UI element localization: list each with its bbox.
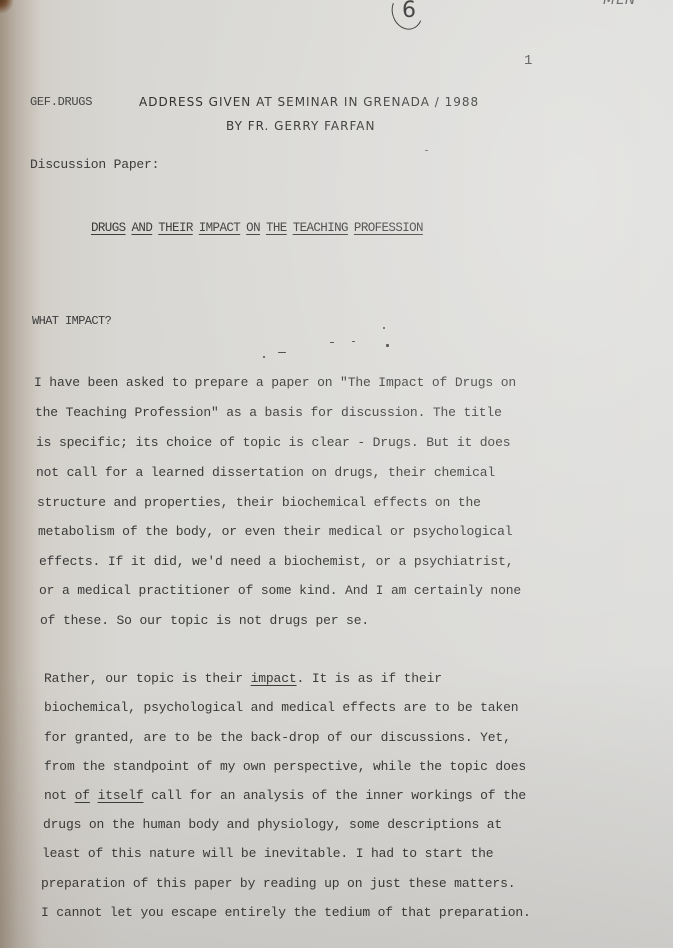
file-code: GEF.DRUGS — [30, 95, 92, 109]
page-corner-shadow — [0, 0, 14, 16]
paragraph-line: for granted, are to be the back-drop of … — [44, 730, 511, 745]
ink-speck — [386, 344, 389, 347]
handwritten-initials: MLN — [603, 0, 636, 8]
title-word: PROFESSION — [354, 221, 423, 235]
ink-speck — [352, 341, 355, 342]
title-word: THE — [266, 221, 287, 235]
paragraph-line: or a medical practitioner of some kind. … — [39, 583, 521, 598]
paragraph-line: metabolism of the body, or even their me… — [38, 524, 512, 539]
emphasis-underlined: itself — [98, 788, 144, 803]
document-label: Discussion Paper: — [30, 157, 159, 172]
page-number: 1 — [524, 53, 532, 69]
section-heading: WHAT IMPACT? — [32, 314, 111, 328]
paragraph-line: not of itself call for an analysis of th… — [44, 788, 526, 803]
paragraph-line: Rather, our topic is their impact. It is… — [44, 671, 442, 686]
title-word: THEIR — [158, 221, 193, 235]
text-run — [90, 788, 98, 803]
paragraph-line: structure and properties, their biochemi… — [37, 495, 481, 510]
title-word: AND — [132, 221, 153, 235]
paragraph-line: preparation of this paper by reading up … — [41, 876, 515, 891]
paragraph-line: the Teaching Profession" as a basis for … — [35, 405, 502, 420]
paragraph-line: effects. If it did, we'd need a biochemi… — [39, 554, 513, 569]
text-run: . It is as if their — [297, 671, 442, 686]
paragraph-line: I cannot let you escape entirely the ted… — [41, 905, 531, 920]
document-title: DRUGSANDTHEIRIMPACTONTHETEACHINGPROFESSI… — [91, 221, 429, 235]
paragraph-line: drugs on the human body and physiology, … — [43, 817, 502, 832]
handwritten-address-line: ADDRESS GIVEN AT SEMINAR IN GRENADA / 19… — [139, 95, 479, 109]
title-word: IMPACT — [199, 221, 240, 235]
text-run: call for an analysis of the inner workin… — [144, 788, 527, 803]
ink-speck — [263, 356, 265, 358]
paragraph-line: not call for a learned dissertation on d… — [36, 465, 495, 480]
title-word: TEACHING — [293, 221, 348, 235]
handwritten-author-line: BY FR. GERRY FARFAN — [226, 119, 375, 133]
paragraph-line: least of this nature will be inevitable.… — [42, 846, 493, 861]
paragraph-line: from the standpoint of my own perspectiv… — [44, 759, 526, 774]
paragraph-line: biochemical, psychological and medical e… — [44, 700, 518, 715]
emphasis-underlined: impact — [251, 671, 297, 686]
paragraph-line: is specific; its choice of topic is clea… — [36, 435, 510, 450]
title-word: ON — [246, 221, 260, 235]
emphasis-underlined: of — [75, 788, 90, 803]
circled-number: 6 — [402, 0, 416, 23]
paragraph-line: I have been asked to prepare a paper on … — [34, 375, 516, 390]
title-word: DRUGS — [91, 221, 126, 235]
ink-speck — [425, 150, 428, 151]
ink-speck — [278, 352, 286, 353]
text-run: Rather, our topic is their — [44, 671, 251, 686]
ink-speck — [383, 327, 385, 329]
text-run: not — [44, 788, 75, 803]
paragraph-line: of these. So our topic is not drugs per … — [40, 613, 369, 628]
ink-speck — [330, 342, 334, 343]
